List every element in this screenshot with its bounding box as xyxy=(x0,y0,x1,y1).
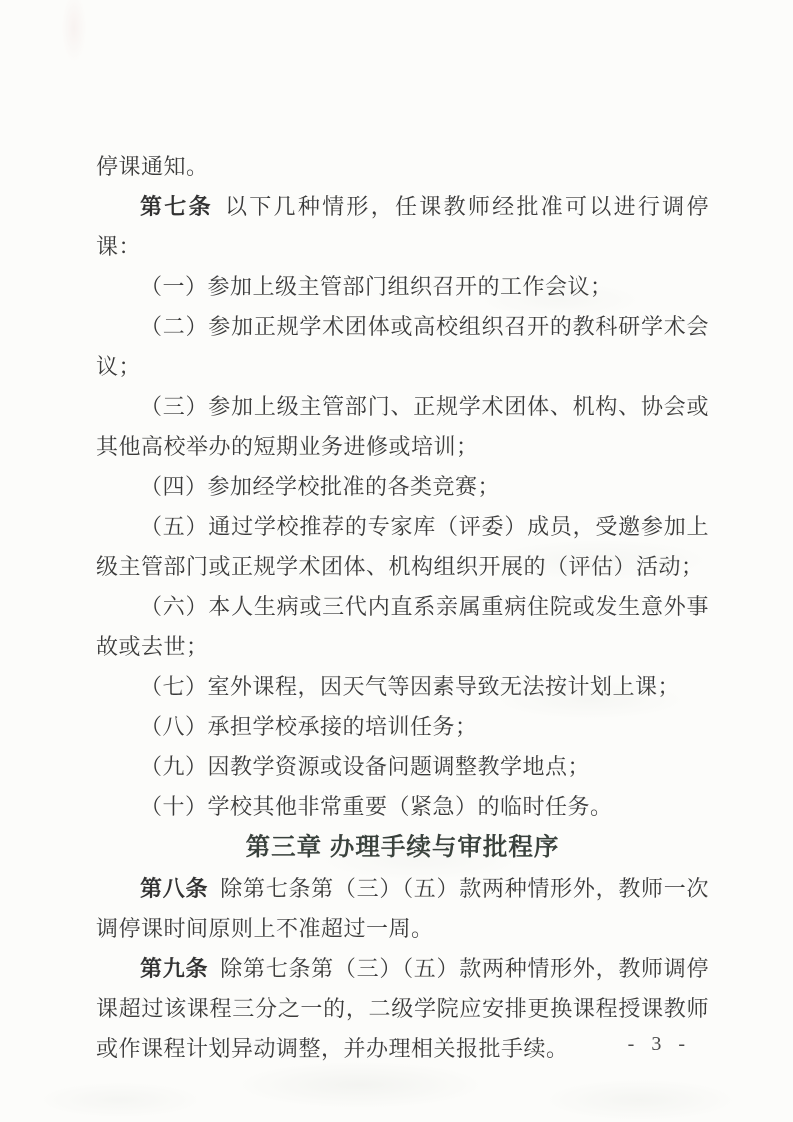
document-page: 停课通知。第七条以下几种情形，任课教师经批准可以进行调停课：（一）参加上级主管部… xyxy=(0,0,793,1122)
clause-item: （三）参加上级主管部门、正规学术团体、机构、协会或其他高校举办的短期业务进修或培… xyxy=(96,387,709,467)
article-number: 第八条 xyxy=(140,876,208,901)
clause-item: （一）参加上级主管部门组织召开的工作会议； xyxy=(96,267,709,307)
page-number: - 3 - xyxy=(628,1033,691,1056)
article-number: 第七条 xyxy=(140,194,213,219)
clause-item: （五）通过学校推荐的专家库（评委）成员，受邀参加上级主管部门或正规学术团体、机构… xyxy=(96,507,709,587)
clause-item: （六）本人生病或三代内直系亲属重病住院或发生意外事故或去世； xyxy=(96,587,709,667)
article-number: 第九条 xyxy=(140,956,208,981)
clause-item: （七）室外课程，因天气等因素导致无法按计划上课； xyxy=(96,667,709,707)
article-paragraph: 第八条除第七条第（三）（五）款两种情形外，教师一次调停课时间原则上不准超过一周。 xyxy=(96,869,709,949)
clause-item: （八）承担学校承接的培训任务； xyxy=(96,707,709,747)
clause-item: （九）因教学资源或设备问题调整教学地点； xyxy=(96,747,709,787)
clause-item: （四）参加经学校批准的各类竞赛； xyxy=(96,467,709,507)
clause-item: （十）学校其他非常重要（紧急）的临时任务。 xyxy=(96,787,709,827)
document-body: 停课通知。第七条以下几种情形，任课教师经批准可以进行调停课：（一）参加上级主管部… xyxy=(0,0,793,1069)
clause-item: （二）参加正规学术团体或高校组织召开的教科研学术会议； xyxy=(96,307,709,387)
continuation-line: 停课通知。 xyxy=(96,147,709,187)
chapter-heading: 第三章 办理手续与审批程序 xyxy=(96,827,709,869)
article-paragraph: 第九条除第七条第（三）（五）款两种情形外，教师调停课超过该课程三分之一的，二级学… xyxy=(96,949,709,1069)
article-paragraph: 第七条以下几种情形，任课教师经批准可以进行调停课： xyxy=(96,187,709,267)
